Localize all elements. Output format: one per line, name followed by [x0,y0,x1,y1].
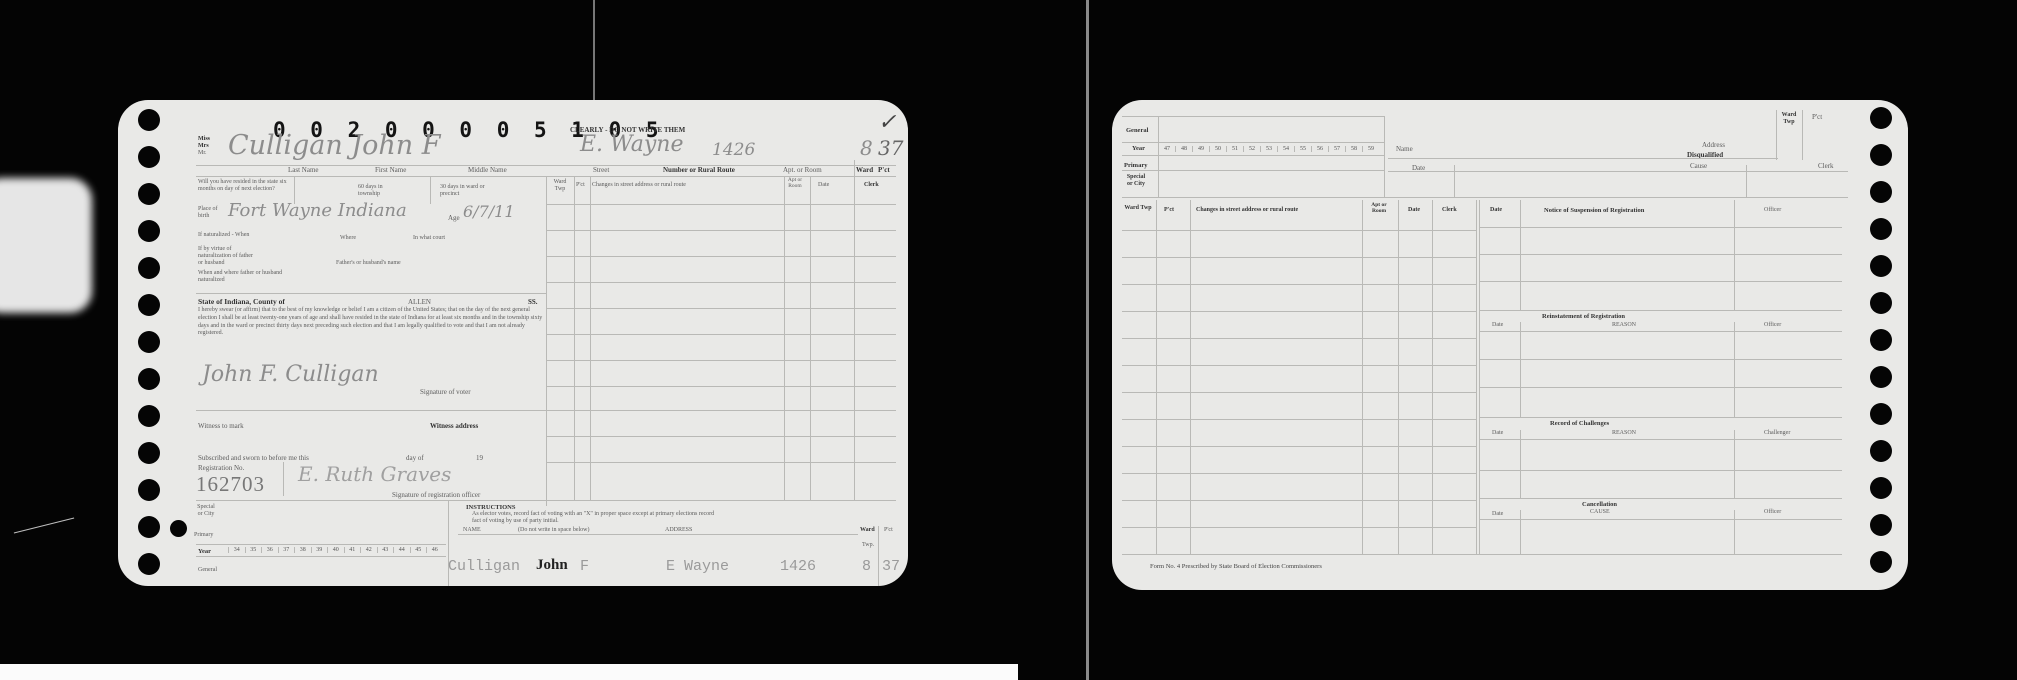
years-row: 34 35 36 37 38 39 40 41 42 43 44 45 46 [228,547,443,553]
changes-address-header: Changes in street address or rural route [1196,207,1298,214]
rule [1122,446,1476,447]
typed-pct: 37 [882,558,900,575]
apt-room-label: Apt. or Room [783,166,822,174]
rule [1122,170,1384,171]
punch-hole [1870,292,1892,314]
rule [546,386,896,387]
rule [1734,200,1735,310]
typed-last-name: Culligan [448,558,520,575]
punch-hole [1870,440,1892,462]
rule [546,360,896,361]
where-label: Where [340,235,356,242]
year-cell: 45 [410,547,427,553]
primary-label: Primary [194,532,213,539]
address-label: Address [1702,141,1725,149]
year-cell: 50 [1209,146,1226,152]
index-ward-label: Ward [860,527,875,534]
rule [196,500,896,501]
rule [1520,200,1521,310]
rule [196,293,546,294]
year-cell: 59 [1362,146,1379,152]
punch-hole [138,294,160,316]
rule [546,256,896,257]
film-scratch [14,518,74,534]
rule [1520,322,1521,417]
rule [1480,359,1842,360]
subscribed-label: Subscribed and sworn to before me this [198,454,309,462]
punch-hole [1870,477,1892,499]
rule [1520,430,1521,498]
rule [1480,470,1842,471]
punch-hole [1870,218,1892,240]
year-label: Year [198,548,211,555]
number-handwritten: 1426 [712,140,755,160]
rule [1122,554,1842,555]
rule [574,176,575,500]
rule [546,334,896,335]
punch-hole [138,516,160,538]
year-cell: 47 [1158,146,1175,152]
changes-pct-header: P'ct [1164,207,1174,214]
signature-voter-label: Signature of voter [420,388,471,396]
rule [810,176,811,500]
check-mark: ✓ [878,110,896,135]
rule [283,462,284,496]
rule [784,176,785,500]
year-cell: 46 [426,547,443,553]
officer-signature-handwritten: E. Ruth Graves [298,462,451,486]
year-cell: 43 [377,547,394,553]
rule [1388,171,1848,172]
year-cell: 58 [1345,146,1362,152]
rule [1480,281,1842,282]
rule [1480,498,1842,499]
birthplace-handwritten: Fort Wayne Indiana [228,200,407,221]
punch-hole [138,146,160,168]
rule [546,308,896,309]
changes-clerk-header: Clerk [1442,207,1457,214]
rule [1480,331,1842,332]
cancellation-title: Cancellation [1582,501,1617,508]
year-cell: 37 [278,547,295,553]
index-address-label: ADDRESS [665,527,692,534]
rule [1734,510,1735,554]
punch-hole [138,553,160,575]
year-cell: 39 [311,547,328,553]
film-line [593,0,595,100]
punch-hole [1870,107,1892,129]
rule [1384,116,1385,198]
punch-hole [138,479,160,501]
punch-hole [138,331,160,353]
typed-first-name: John [536,557,568,574]
typed-ward: 8 [862,558,871,575]
year-cell: 53 [1260,146,1277,152]
rule [1122,338,1476,339]
punch-hole [1870,551,1892,573]
year-cell: 34 [228,547,245,553]
day-of-label: day of [406,454,424,462]
frame-divider [1086,0,1089,680]
rule [430,176,431,204]
ward-label: Ward [856,166,873,174]
index-name-label: NAME [463,527,481,534]
rule [1122,365,1476,366]
instructions-text: As elector votes, record fact of voting … [472,511,714,518]
suspension-date-label: Date [1490,207,1502,214]
year-cell: 38 [294,547,311,553]
year-cell: 55 [1294,146,1311,152]
first-name-label: First Name [375,166,406,174]
age-handwritten: 6/7/11 [463,202,515,221]
rule [1476,200,1477,555]
primary-label: Primary [1124,162,1147,169]
rule [1122,230,1476,231]
changes-date-header: Date [818,182,829,189]
rule [1734,430,1735,498]
punch-hole [138,109,160,131]
punch-hole [138,183,160,205]
middle-name-label: Middle Name [468,166,507,174]
rule [1480,254,1842,255]
street-label: Street [593,166,609,174]
rule [878,526,879,586]
registration-no-label: Registration No. [198,464,244,472]
changes-clerk-header: Clerk [864,182,879,189]
rule [546,436,896,437]
changes-apt-header: Apt or Room [784,177,806,190]
index-do-not-write: (Do not write in space below) [518,527,589,534]
general-label: General [198,567,217,574]
age-label: Age [448,214,460,222]
voter-signature-handwritten: John F. Culligan [202,362,379,387]
punch-hole [138,257,160,279]
rule [196,410,896,411]
rule [546,230,896,231]
rule [1362,200,1363,555]
rule [1122,197,1848,198]
index-twp-label: Twp. [862,542,874,549]
rule [1776,110,1777,160]
rule [1480,519,1842,520]
rule [546,176,547,506]
signature-officer-label: Signature of registration officer [392,491,480,499]
rule [458,534,858,535]
film-edge-strip [0,664,1018,680]
changes-apt-header: Apt or Room [1364,202,1394,215]
by-virtue-label: If by virtue of naturalization of father… [198,246,258,267]
year-cell: 35 [245,547,262,553]
rule [1480,227,1842,228]
ward-handwritten: 8 [860,136,873,160]
punch-hole [138,368,160,390]
year-cell: 51 [1226,146,1243,152]
name-handwritten: Culligan John F [228,130,440,161]
rule [1122,284,1476,285]
year-cell: 44 [393,547,410,553]
year-cell: 49 [1192,146,1209,152]
rule [1520,510,1521,554]
rule [546,204,896,205]
rule [1432,200,1433,555]
year-cell: 42 [360,547,377,553]
punch-hole [1870,329,1892,351]
rule [1122,311,1476,312]
rule [1122,500,1476,501]
father-name-label: Father's or husband's name [336,260,401,267]
salutation-mr: Mr. [198,150,207,157]
suspension-title: Notice of Suspension of Registration [1544,207,1644,214]
changes-ward-header: Ward Twp [1124,205,1152,212]
year-label: Year [1132,145,1145,152]
punch-hole [138,405,160,427]
rule [1122,142,1384,143]
rule [1122,473,1476,474]
last-name-label: Last Name [288,166,319,174]
rule [546,282,896,283]
reinstatement-officer-label: Officer [1764,322,1781,329]
rule [1480,439,1842,440]
punch-hole [1870,366,1892,388]
salutation-miss: Miss [198,136,210,143]
pct-label: P'ct [1812,113,1822,121]
punch-hole [1870,181,1892,203]
days-township-label: 60 days in township [358,184,406,198]
rule [1158,116,1159,198]
rule [1734,322,1735,417]
resided-state-label: Will you have resided in the state six m… [198,179,288,193]
what-court-label: In what court [413,235,445,242]
witness-address-label: Witness address [430,422,478,430]
rule [1802,110,1803,160]
year-cell: 56 [1311,146,1328,152]
rule [1122,527,1476,528]
rule [1454,165,1455,197]
instructions-text: fact of voting by use of party initial. [472,518,559,525]
changes-ward-header: Ward Twp [550,179,570,193]
registration-card-back: General Year Primary Special or City 47 … [1112,100,1908,590]
challenges-challenger-label: Challenger [1764,430,1790,437]
changes-address-header: Changes in street address or rural route [592,182,686,189]
rule [1398,200,1399,555]
reinstatement-reason-label: REASON [1612,322,1636,329]
disq-cause-label: Cause [1690,162,1707,170]
name-label: Name [1396,145,1413,153]
rule [1122,419,1476,420]
pct-handwritten: 37 [878,136,903,160]
rule [1190,200,1191,555]
punch-hole [138,220,160,242]
rule [1480,387,1842,388]
typed-middle: F [580,558,589,575]
year-prefix-label: 19 [476,454,483,462]
registration-card-front: 0 0 2 0 0 0 0 5 1 0 5 CLEARLY - DO NOT W… [118,100,908,586]
oath-text: I hereby swear (or affirm) that to the b… [198,307,543,338]
rule [590,176,591,500]
year-cell: 57 [1328,146,1345,152]
cancellation-cause-label: CAUSE [1590,509,1610,516]
years-row: 47 48 49 50 51 52 53 54 55 56 57 58 59 [1158,146,1379,152]
rule [1122,116,1384,117]
rule [196,544,446,545]
punch-hole [1870,255,1892,277]
cancellation-officer-label: Officer [1764,509,1781,516]
days-ward-label: 30 days in ward or precinct [440,184,500,198]
year-cell: 41 [344,547,361,553]
punch-hole [1870,144,1892,166]
registration-number: 162703 [196,472,265,496]
general-label: General [1126,127,1148,134]
number-route-label: Number or Rural Route [663,166,735,174]
punch-hole [138,442,160,464]
rule [1746,165,1747,197]
punch-hole [1870,514,1892,536]
rule [1480,417,1842,418]
challenges-reason-label: REASON [1612,430,1636,437]
rule [854,160,855,500]
film-glare [0,178,92,313]
disq-clerk-label: Clerk [1818,162,1834,170]
witness-mark-label: Witness to mark [198,422,244,430]
rule [196,556,446,557]
rule [1122,257,1476,258]
year-cell: 48 [1175,146,1192,152]
rule [1480,310,1842,311]
typed-street: E Wayne [666,558,729,575]
reinstatement-title: Reinstatement of Registration [1542,313,1625,320]
changes-pct-header: P'ct [576,182,585,189]
naturalized-label: If naturalized - When [198,232,249,239]
when-where-father-label: When and where father or husband natural… [198,270,288,284]
year-cell: 40 [327,547,344,553]
street-handwritten: E. Wayne [580,132,683,157]
changes-date-header: Date [1408,207,1420,214]
cancellation-date-label: Date [1492,511,1503,518]
typed-number: 1426 [780,558,816,575]
state-county-label: State of Indiana, County of [198,298,285,307]
rule [1388,158,1778,159]
punch-hole-small [170,520,187,537]
rule [1122,155,1384,156]
rule [1122,392,1476,393]
ward-twp-label: Ward Twp [1778,112,1800,126]
index-pct-label: P'ct [884,527,893,534]
special-city-label: Special or City [1124,174,1148,188]
salutation-mrs: Mrs [198,143,209,150]
year-cell: 36 [261,547,278,553]
reinstatement-date-label: Date [1492,322,1503,329]
rule [546,462,896,463]
form-footer: Form No. 4 Prescribed by State Board of … [1150,563,1322,570]
place-of-birth-label: Place of birth [198,206,228,220]
year-cell: 52 [1243,146,1260,152]
challenges-title: Record of Challenges [1550,420,1609,427]
ss-label: SS. [528,298,538,306]
county-value: ALLEN [408,298,431,306]
special-city-label: Special or City [194,504,218,518]
year-cell: 54 [1277,146,1294,152]
pct-label: P'ct [878,166,890,174]
challenges-date-label: Date [1492,430,1503,437]
suspension-officer-label: Officer [1764,207,1781,214]
punch-hole [1870,403,1892,425]
rule [1156,200,1157,555]
